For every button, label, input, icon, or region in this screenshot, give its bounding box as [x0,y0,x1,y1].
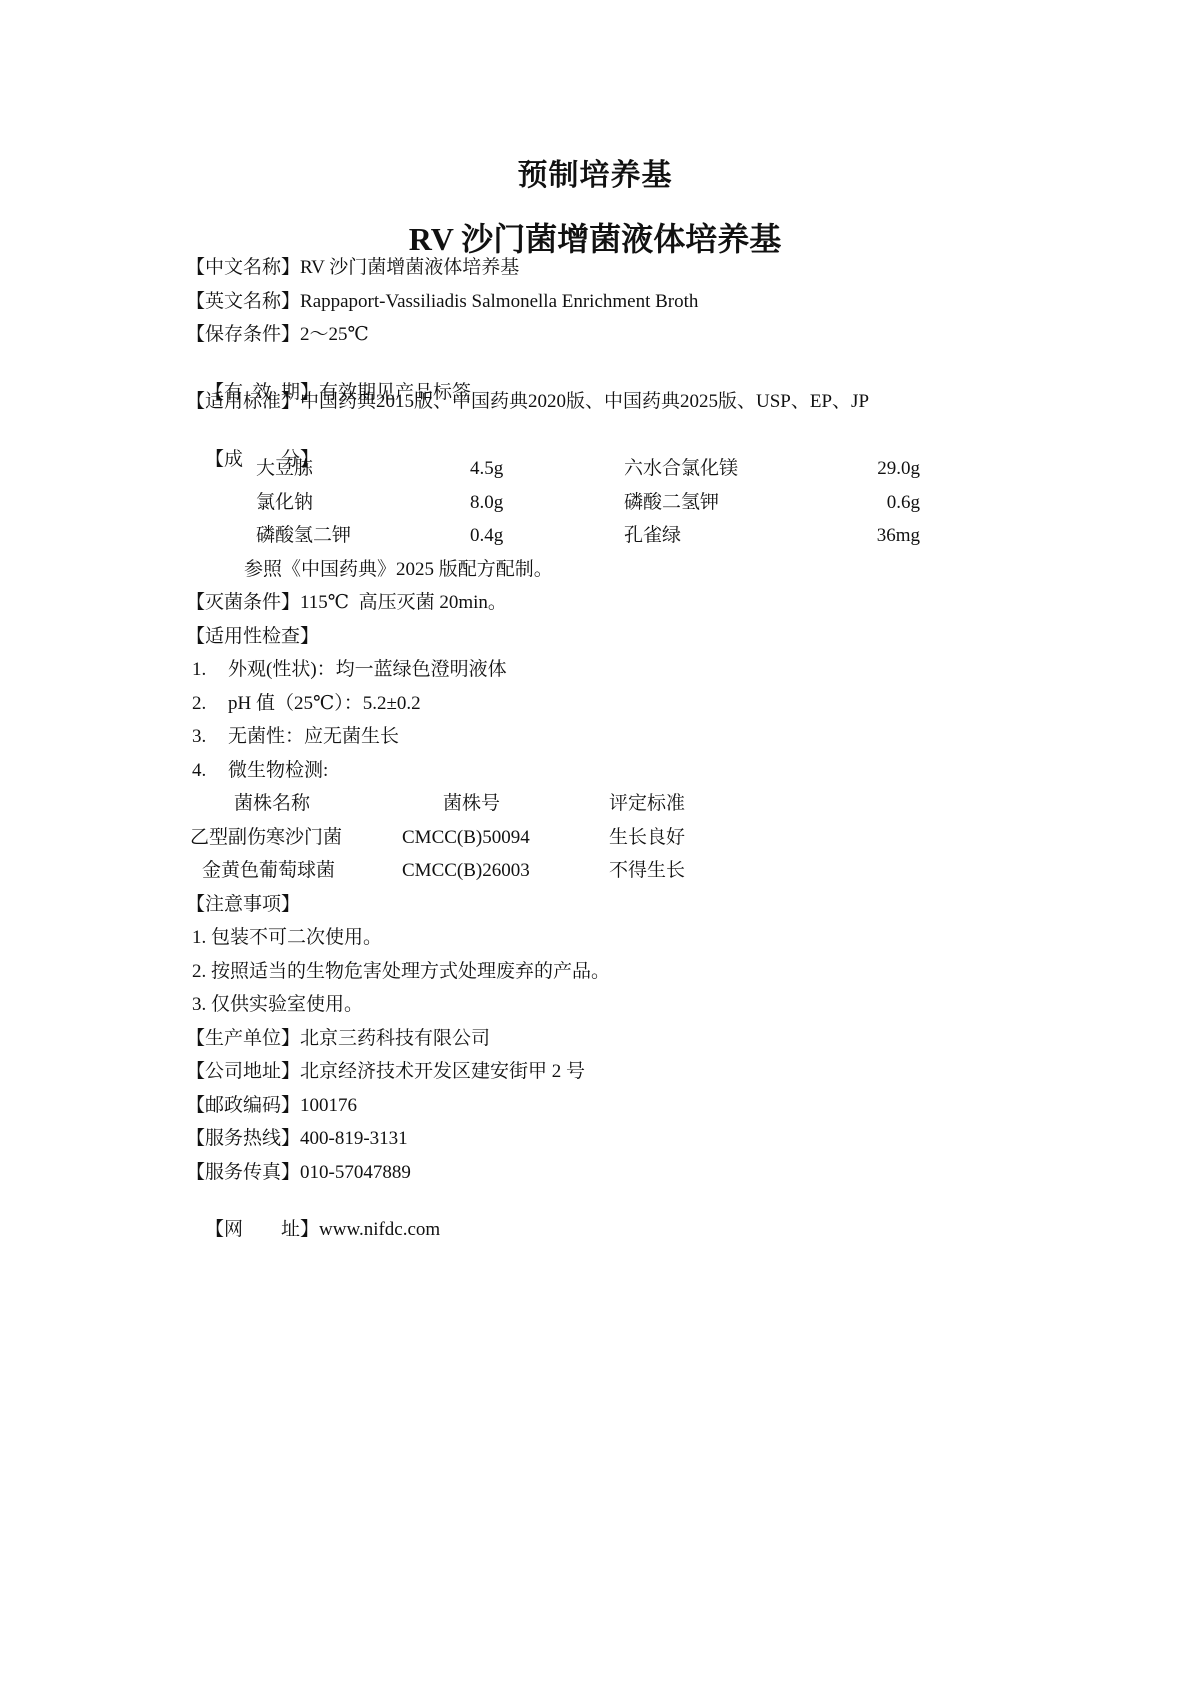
ingredient-amount: 4.5g [470,457,503,481]
field-value: 北京经济技术开发区建安街甲 2 号 [300,1061,585,1082]
field-fax: 【服务传真】010-57047889 [186,1161,411,1185]
note-item: 1. 包装不可二次使用。 [192,926,382,950]
item-text: pH 值（25℃）：5.2±0.2 [228,692,421,716]
field-manufacturer: 【生产单位】北京三药科技有限公司 [186,1027,490,1051]
field-sterilization: 【灭菌条件】115℃ 高压灭菌 20min。 [186,591,507,615]
field-cn-name: 【中文名称】RV 沙门菌增菌液体培养基 [186,256,519,280]
formula-note: 参照《中国药典》2025 版配方配制。 [244,558,553,582]
field-label: 【公司地址】 [186,1061,300,1082]
field-address: 【公司地址】北京经济技术开发区建安街甲 2 号 [186,1060,585,1084]
ingredient-name: 六水合氯化镁 [624,457,738,481]
ingredient-name: 磷酸二氢钾 [624,491,719,515]
field-storage: 【保存条件】2～25℃ [186,323,369,347]
ingredient-name: 孔雀绿 [624,524,681,548]
field-label: 【中文名称】 [186,257,300,278]
field-label: 【适用性检查】 [186,626,319,647]
table-header: 评定标准 [609,792,685,816]
website-link[interactable]: www.nifdc.com [319,1219,440,1240]
field-label: 【保存条件】 [186,324,300,345]
field-notes: 【注意事项】 [186,893,300,917]
ingredient-amount: 0.6g [820,491,920,515]
field-value: 115℃ 高压灭菌 20min。 [300,592,507,613]
field-value: 400-819-3131 [300,1128,408,1149]
ingredient-name: 磷酸氢二钾 [256,524,351,548]
item-number: 3. [192,725,206,749]
item-number: 1. [192,658,206,682]
item-text: 微生物检测: [228,759,328,783]
field-value: Rappaport-Vassiliadis Salmonella Enrichm… [300,291,698,312]
item-number: 4. [192,759,206,783]
field-label: 【邮政编码】 [186,1095,300,1116]
ingredient-amount: 8.0g [470,491,503,515]
field-label: 【服务热线】 [186,1128,300,1149]
field-label: 【灭菌条件】 [186,592,300,613]
field-value: 北京三药科技有限公司 [300,1028,490,1049]
field-label: 【生产单位】 [186,1028,300,1049]
field-label: 【注意事项】 [186,894,300,915]
note-item: 3. 仅供实验室使用。 [192,993,363,1017]
field-value: 2～25℃ [300,324,369,345]
field-suitability: 【适用性检查】 [186,625,319,649]
table-header: 菌株名称 [234,792,310,816]
field-value: RV 沙门菌增菌液体培养基 [300,257,519,278]
document-title: 预制培养基 [0,150,1190,194]
field-hotline: 【服务热线】400-819-3131 [186,1127,408,1151]
ingredient-amount: 36mg [820,524,920,548]
product-title: RV 沙门菌增菌液体培养基 [0,214,1190,260]
table-cell: CMCC(B)50094 [402,826,530,850]
field-value: 100176 [300,1095,357,1116]
table-cell: 金黄色葡萄球菌 [202,859,335,883]
field-label: 【英文名称】 [186,291,300,312]
ingredient-amount: 29.0g [820,457,920,481]
field-en-name: 【英文名称】Rappaport-Vassiliadis Salmonella E… [186,290,698,314]
note-item: 2. 按照适当的生物危害处理方式处理废弃的产品。 [192,960,610,984]
item-text: 无菌性：应无菌生长 [228,725,399,749]
table-header: 菌株号 [443,792,500,816]
table-cell: CMCC(B)26003 [402,859,530,883]
item-number: 2. [192,692,206,716]
ingredient-amount: 0.4g [470,524,503,548]
table-cell: 生长良好 [609,826,685,850]
field-standards: 【适用标准】中国药典2015版、中国药典2020版、中国药典2025版、USP、… [186,390,869,414]
field-label: 【网 址】 [205,1219,319,1240]
field-label: 【适用标准】 [186,391,300,412]
field-website: 【网 址】www.nifdc.com [186,1194,440,1266]
table-cell: 乙型副伤寒沙门菌 [190,826,342,850]
field-postcode: 【邮政编码】100176 [186,1094,357,1118]
field-value: 010-57047889 [300,1162,411,1183]
table-cell: 不得生长 [609,859,685,883]
field-label: 【服务传真】 [186,1162,300,1183]
item-text: 外观(性状)：均一蓝绿色澄明液体 [228,658,507,682]
field-value: 中国药典2015版、中国药典2020版、中国药典2025版、USP、EP、JP [300,391,869,412]
ingredient-name: 氯化钠 [256,491,313,515]
ingredient-name: 大豆胨 [256,457,313,481]
